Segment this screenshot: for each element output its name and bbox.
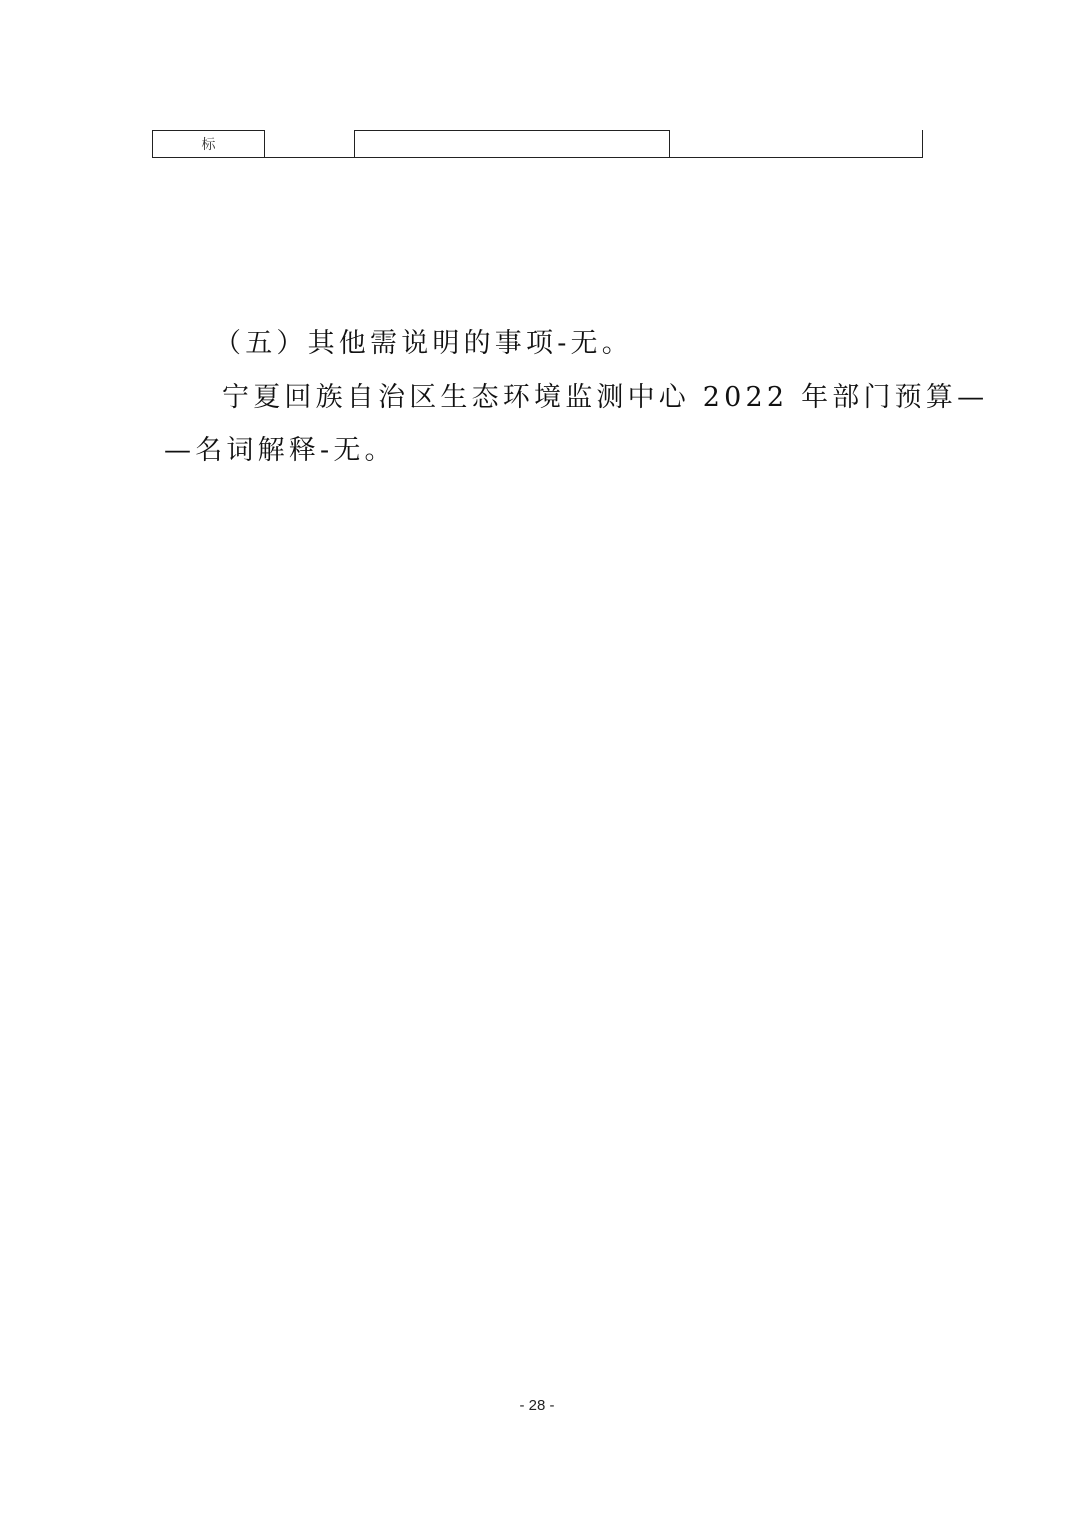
- table-fragment: 标: [152, 130, 923, 159]
- paragraph-other-matters: （五）其他需说明的事项-无。: [214, 329, 633, 359]
- table-cell-empty: [669, 130, 923, 158]
- table-cell-empty: [354, 130, 670, 158]
- paragraph-glossary-heading-line2: —名词解释-无。: [164, 436, 396, 466]
- table-cell-indicator-label: 标: [152, 130, 265, 158]
- document-page: 标 （五）其他需说明的事项-无。 宁夏回族自治区生态环境监测中心 2022 年部…: [0, 0, 1074, 1520]
- paragraph-glossary-heading-line1: 宁夏回族自治区生态环境监测中心 2022 年部门预算—: [222, 383, 988, 413]
- table-cell-empty: [265, 130, 354, 158]
- page-number: - 28 -: [0, 1397, 1074, 1414]
